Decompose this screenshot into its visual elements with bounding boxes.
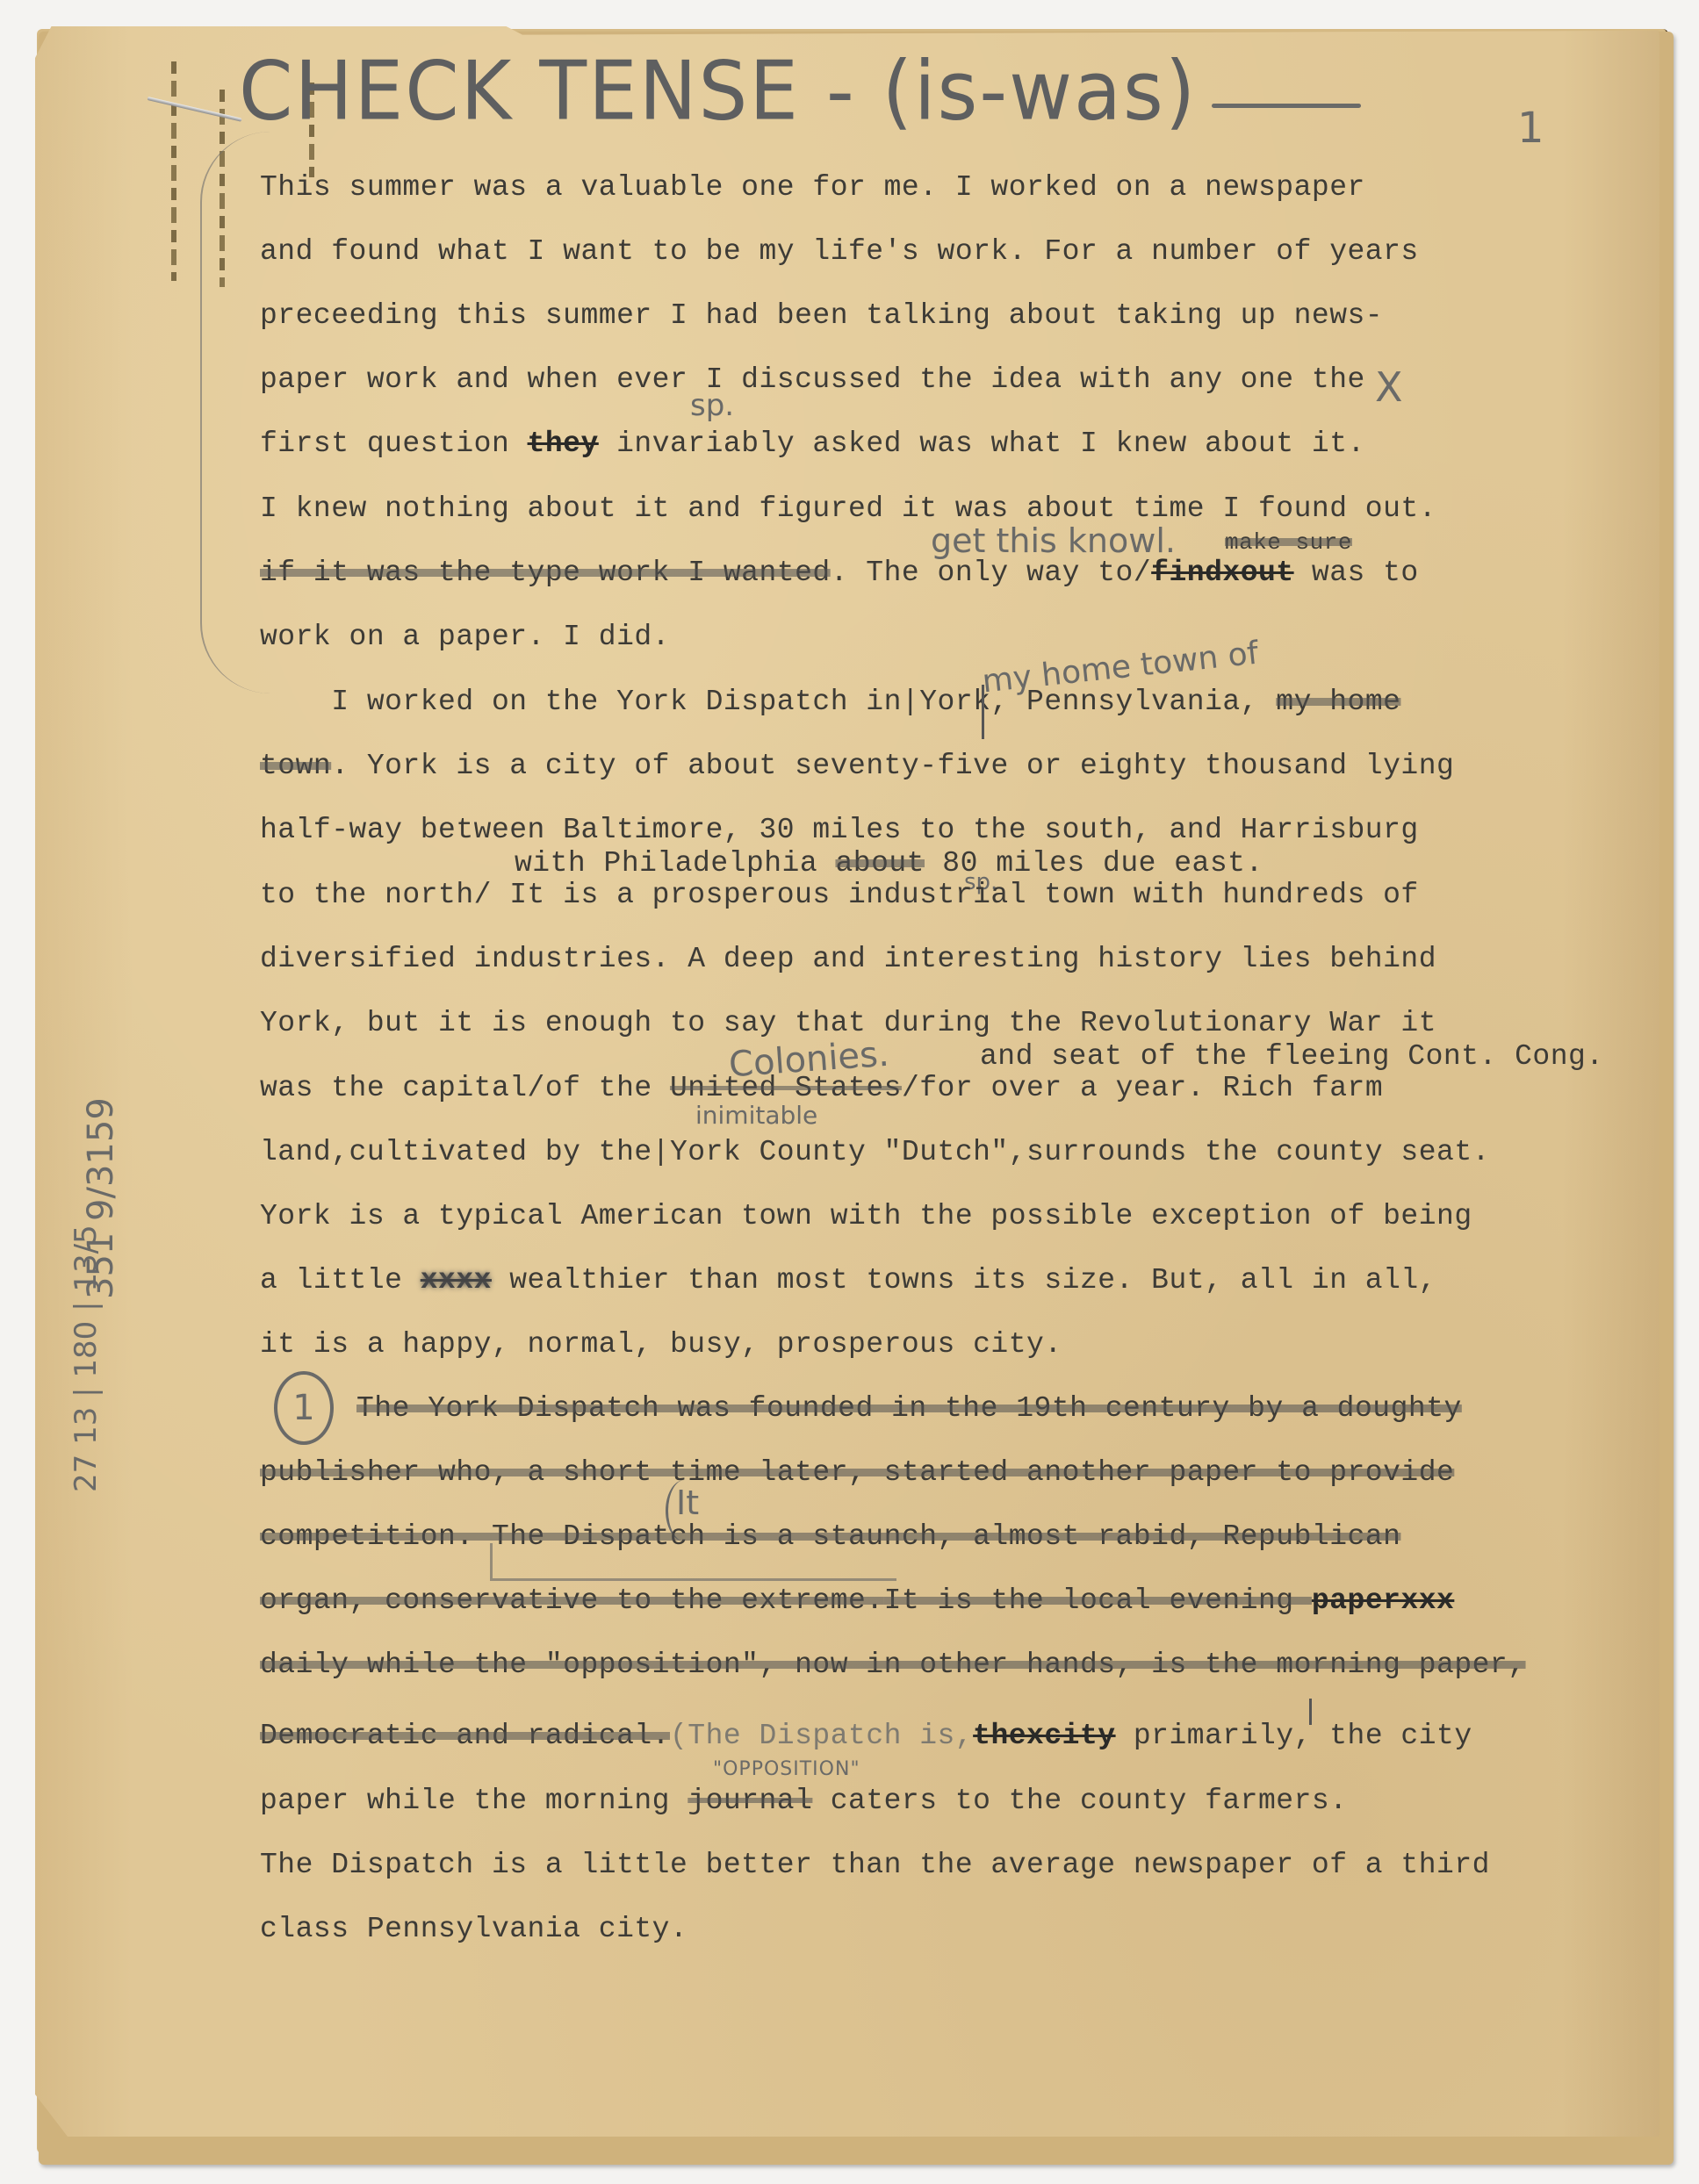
insert-caret: [982, 685, 984, 739]
text-line: preceeding this summer I had been talkin…: [260, 298, 1383, 334]
struck-above: make sure: [1225, 525, 1352, 560]
margin-calculation-2: 27 13 | 180 | 13/5: [68, 1225, 104, 1492]
insert-x-mark: X: [1375, 363, 1403, 411]
struck-text: publisher who, a short time later, start…: [260, 1456, 1454, 1489]
text-line: class Pennsylvania city.: [260, 1912, 688, 1947]
line-text: invariably asked was what I knew about i…: [599, 427, 1365, 460]
text-line: Democratic and radical.(The Dispatch is,…: [260, 1719, 1472, 1754]
text-line: The Dispatch is a little better than the…: [260, 1848, 1490, 1883]
struck-text: if it was the type work I wanted: [260, 557, 831, 589]
text-line: it is a happy, normal, busy, prosperous …: [260, 1327, 1062, 1362]
line-text: first question: [260, 427, 528, 460]
inserted-line: and seat of the fleeing Cont. Cong.: [980, 1039, 1604, 1074]
scribbled-word: xxxx: [421, 1264, 492, 1297]
line-text: . The only way to/: [831, 557, 1151, 589]
struck-text: about: [835, 847, 925, 880]
text-line: York is a typical American town with the…: [260, 1199, 1472, 1234]
line-text: caters to the county farmers.: [812, 1785, 1347, 1817]
struck-text: my home: [1276, 686, 1400, 718]
line-text: was the capital/of the: [260, 1072, 670, 1104]
text-line: This summer was a valuable one for me. I…: [260, 170, 1365, 205]
text-line: publisher who, a short time later, start…: [260, 1455, 1454, 1491]
text-line: and found what I want to be my life's wo…: [260, 234, 1419, 269]
text-line: half-way between Baltimore, 30 miles to …: [260, 813, 1419, 848]
binding-holes-left: [171, 61, 176, 281]
struck-text: The York Dispatch was founded in the 19t…: [356, 1392, 1462, 1425]
line-text: with Philadelphia: [515, 847, 835, 880]
text-line: diversified industries. A deep and inter…: [260, 942, 1436, 977]
check-tense-note: CHECK TENSE - (is-was): [239, 43, 1197, 138]
get-this-knowl-note: get this knowl.: [931, 521, 1176, 560]
text-line: The York Dispatch was founded in the 19t…: [356, 1391, 1462, 1426]
text-line: paper while the morning journal caters t…: [260, 1784, 1348, 1819]
text-line: work on a paper. I did.: [260, 620, 670, 655]
text-line: I knew nothing about it and figured it w…: [260, 492, 1436, 527]
headline-dash: [1212, 104, 1361, 108]
line-text: paper while the morning: [260, 1785, 688, 1817]
text-line: paper work and when ever I discussed the…: [260, 363, 1365, 398]
struck-text: town: [260, 750, 331, 782]
struck-text: It is the local evening: [884, 1584, 1312, 1617]
move-arrow-line: [490, 1543, 896, 1581]
text-line: land,cultivated by the|York County "Dutc…: [260, 1135, 1490, 1170]
line-text: the: [1294, 363, 1365, 396]
text-line: was the capital/of the United States/for…: [260, 1071, 1383, 1106]
it-note: It: [676, 1484, 699, 1522]
text-line: a little xxxx wealthier than most towns …: [260, 1263, 1436, 1298]
line-text: a little: [260, 1264, 421, 1297]
section-number-circle: 1: [274, 1371, 334, 1445]
struck-text: organ, conservative to the extreme.: [260, 1584, 884, 1617]
struck-text: daily while the "opposition", now in oth…: [260, 1649, 1526, 1681]
text-line: town. York is a city of about seventy-fi…: [260, 749, 1454, 784]
inimitable-note: inimitable: [695, 1101, 817, 1130]
xed-out-word: thexcity: [973, 1720, 1115, 1752]
line-text: (The Dispatch is,: [670, 1720, 973, 1752]
text-line: if it was the type work I wanted. The on…: [260, 556, 1419, 591]
struck-text: journal: [688, 1785, 812, 1817]
inserted-line: with Philadelphia about 80 miles due eas…: [515, 846, 1263, 881]
text-line: organ, conservative to the extreme.It is…: [260, 1584, 1454, 1619]
opposition-note: "OPPOSITION": [713, 1758, 860, 1780]
xed-out-word: they: [528, 427, 599, 460]
line-text: paper work and when ever I discussed the…: [260, 363, 1294, 396]
text-line: I worked on the York Dispatch in|York, P…: [260, 685, 1400, 720]
insert-caret: [1309, 1699, 1312, 1725]
text-line: to the north/ It is a prosperous industr…: [260, 878, 1419, 913]
text-line: first question they invariably asked was…: [260, 427, 1365, 462]
line-text: . York is a city of about seventy-five o…: [331, 750, 1454, 782]
xed-out-word: paperxxx: [1312, 1584, 1454, 1617]
line-text: primarily, the city: [1116, 1720, 1472, 1752]
xed-out-word: findxout: [1151, 557, 1293, 589]
sp-note: sp.: [690, 388, 734, 423]
line-text: /for over a year. Rich farm: [902, 1072, 1383, 1104]
line-text: wealthier than most towns its size. But,…: [492, 1264, 1436, 1297]
struck-text: make sure: [1225, 529, 1352, 556]
line-text: I worked on the York Dispatch in|York, P…: [260, 686, 1276, 718]
struck-text: United States: [670, 1072, 902, 1104]
text-line: daily while the "opposition", now in oth…: [260, 1648, 1526, 1683]
margin-bracket-line: [200, 132, 272, 693]
struck-text: Democratic and radical.: [260, 1720, 670, 1752]
line-text: was to: [1294, 557, 1419, 589]
page-number-mark: 1: [1517, 104, 1544, 153]
